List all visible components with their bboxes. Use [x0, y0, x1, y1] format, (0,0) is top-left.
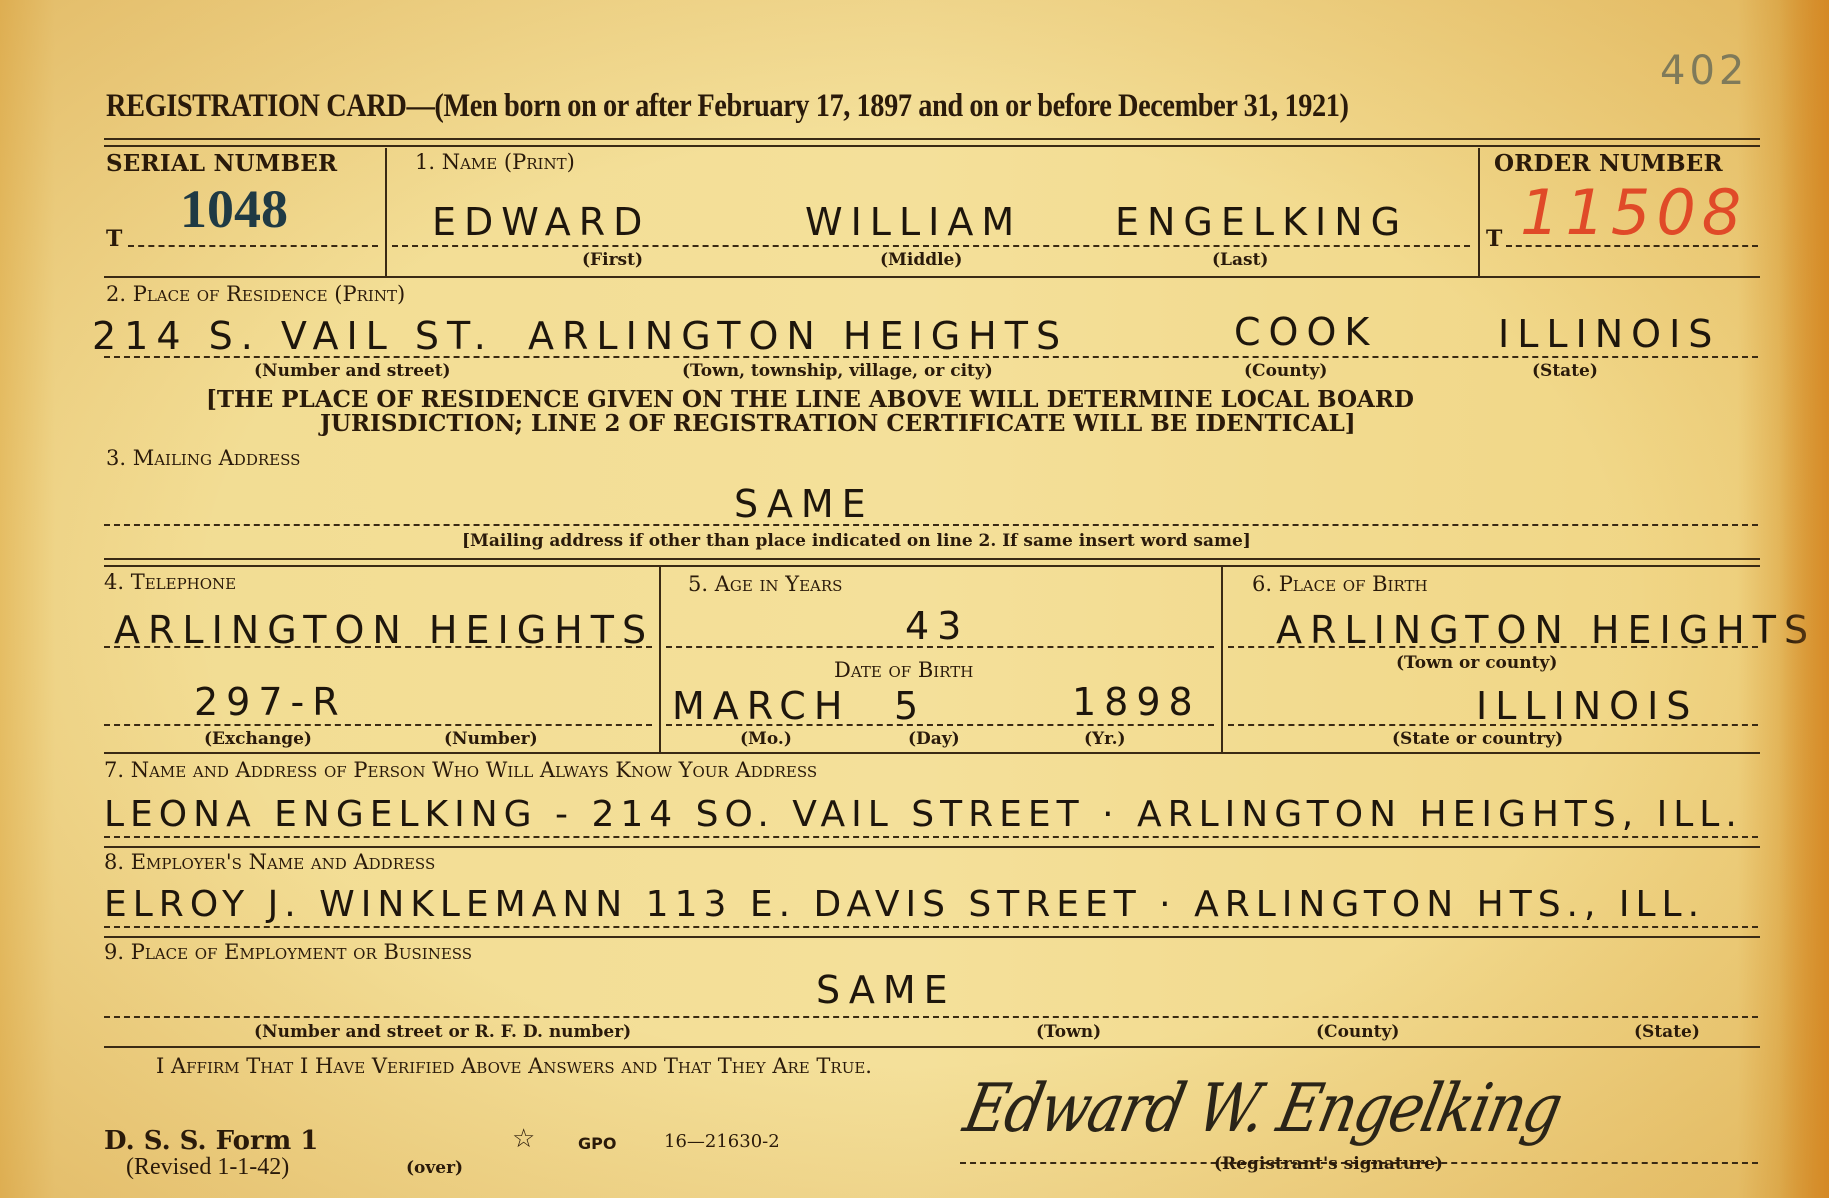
- caption-residence-street: (Number and street): [254, 361, 451, 381]
- row3-rule-2: [104, 565, 1760, 567]
- title-rule-2: [104, 145, 1760, 147]
- serial-number: 1048: [180, 178, 288, 240]
- age-line: [666, 646, 1214, 648]
- mailing-line: [104, 524, 1758, 526]
- mailing-label: 3. Mailing Address: [106, 446, 300, 470]
- residence-line: [104, 356, 1758, 358]
- employer-line: [104, 926, 1758, 928]
- star-icon: ☆: [512, 1124, 535, 1154]
- caption-residence-town: (Town, township, village, or city): [682, 361, 993, 381]
- caption-year: (Yr.): [1084, 729, 1126, 749]
- form-name: D. S. S. Form 1: [104, 1126, 318, 1156]
- residence-label: 2. Place of Residence (Print): [106, 282, 405, 306]
- residence-town: Arlington Heights: [528, 314, 1068, 358]
- row6-rule: [104, 752, 1760, 754]
- employment-label: 9. Place of Employment or Business: [104, 940, 472, 964]
- caption-employment-state: (State): [1634, 1022, 1700, 1042]
- order-prefix: T: [1486, 226, 1502, 252]
- name-label: 1. Name (Print): [415, 150, 575, 174]
- caption-residence-state: (State): [1532, 361, 1598, 381]
- order-divider: [1478, 148, 1480, 276]
- mailing-caption: [Mailing address if other than place ind…: [462, 531, 1251, 551]
- gpo-number: 16—21630-2: [664, 1131, 780, 1152]
- order-line: [1506, 245, 1758, 247]
- form-revised: (Revised 1-1-42): [126, 1154, 289, 1181]
- birthplace-line-2: [1228, 724, 1758, 726]
- contact-value: Leona Engelking - 214 So. Vail Street · …: [104, 794, 1743, 835]
- pencil-mark: 402: [1660, 48, 1748, 94]
- employer-label: 8. Employer's Name and Address: [104, 850, 435, 874]
- employer-value: Elroy J. Winklemann 113 E. Davis Street …: [104, 884, 1705, 925]
- telephone-line-1: [104, 646, 652, 648]
- form-over: (over): [406, 1158, 463, 1178]
- caption-exchange: (Exchange): [204, 729, 312, 749]
- caption-birth-state: (State or country): [1392, 729, 1563, 749]
- birthplace-divider: [1221, 566, 1223, 752]
- serial-divider: [385, 148, 387, 276]
- dob-label: Date of Birth: [834, 658, 973, 682]
- row1-rule: [104, 276, 1760, 278]
- age-divider: [659, 566, 661, 752]
- serial-prefix: T: [106, 226, 122, 252]
- order-number: 11508: [1520, 176, 1747, 249]
- residence-street: 214 S. Vail St.: [92, 314, 494, 358]
- caption-first: (First): [582, 250, 643, 270]
- residence-county: Cook: [1234, 310, 1377, 354]
- caption-day: (Day): [908, 729, 960, 749]
- dob-month: March: [672, 684, 850, 728]
- employment-line: [104, 1016, 1758, 1018]
- birthplace-label: 6. Place of Birth: [1252, 572, 1428, 596]
- row8-rule: [104, 936, 1760, 938]
- row3-rule: [104, 558, 1760, 560]
- residence-notice-line2: JURISDICTION; LINE 2 OF REGISTRATION CER…: [320, 410, 1356, 437]
- registrant-signature: Edward W. Engelking: [958, 1069, 1568, 1147]
- card-title: REGISTRATION CARD—(Men born on or after …: [106, 88, 1349, 125]
- registration-card: 402 REGISTRATION CARD—(Men born on or af…: [0, 0, 1829, 1198]
- affirmation-text: I Affirm That I Have Verified Above Answ…: [156, 1054, 872, 1078]
- contact-line: [104, 836, 1758, 838]
- telephone-number: 297-R: [194, 680, 347, 724]
- dob-year: 1898: [1072, 680, 1201, 724]
- residence-notice-line1: [THE PLACE OF RESIDENCE GIVEN ON THE LIN…: [206, 386, 1414, 413]
- telephone-line-2: [104, 724, 652, 726]
- name-last: Engelking: [1115, 200, 1408, 244]
- title-rule: [104, 138, 1760, 140]
- caption-employment-county: (County): [1316, 1022, 1399, 1042]
- gpo-label: GPO: [578, 1134, 616, 1153]
- caption-employment-town: (Town): [1036, 1022, 1101, 1042]
- name-first: Edward: [432, 200, 650, 244]
- order-label: ORDER NUMBER: [1494, 150, 1723, 177]
- caption-signature: (Registrant's signature): [1214, 1154, 1443, 1174]
- name-middle: William: [805, 200, 1022, 244]
- caption-residence-county: (County): [1244, 361, 1327, 381]
- caption-last: (Last): [1212, 250, 1268, 270]
- mailing-value: Same: [734, 482, 874, 526]
- caption-middle: (Middle): [880, 250, 962, 270]
- telephone-label: 4. Telephone: [104, 570, 236, 594]
- serial-label: SERIAL NUMBER: [106, 150, 337, 177]
- serial-line: [128, 245, 378, 247]
- caption-number: (Number): [444, 729, 538, 749]
- contact-label: 7. Name and Address of Person Who Will A…: [104, 758, 817, 782]
- employment-value: Same: [816, 968, 956, 1012]
- dob-day: 5: [894, 684, 926, 728]
- caption-month: (Mo.): [740, 729, 792, 749]
- age-label: 5. Age in Years: [688, 572, 842, 596]
- residence-state: Illinois: [1498, 312, 1720, 356]
- row7-rule: [104, 846, 1760, 848]
- caption-birth-town: (Town or county): [1396, 653, 1557, 673]
- age-value: 43: [905, 604, 969, 648]
- row9-rule: [104, 1046, 1760, 1048]
- dob-line: [666, 724, 1214, 726]
- birthplace-line-1: [1228, 646, 1758, 648]
- caption-employment-street: (Number and street or R. F. D. number): [254, 1022, 631, 1042]
- name-line: [392, 245, 1470, 247]
- birthplace-state: Illinois: [1476, 684, 1698, 728]
